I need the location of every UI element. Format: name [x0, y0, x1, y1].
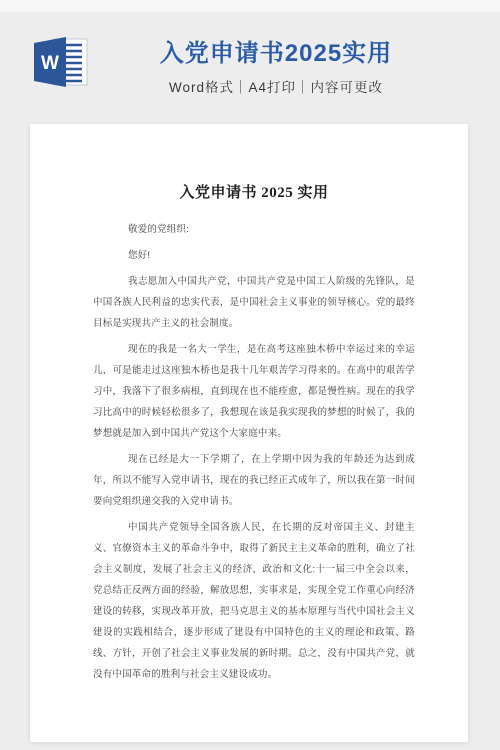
- doc-paragraph: 现在已经是大一下学期了，在上学期中因为我的年龄还为达到成年，所以不能写入党申请书…: [93, 449, 415, 512]
- doc-paragraph: 中国共产党领导全国各族人民，在长期的反对帝国主义、封建主义、官僚资本主义的革命斗…: [93, 517, 415, 685]
- doc-paragraph: 我志愿加入中国共产党，中国共产党是中国工人阶级的先锋队，是中国各族人民利益的忠实…: [93, 271, 415, 334]
- doc-paragraph: 敬爱的党组织:: [93, 219, 415, 240]
- page-title: 入党申请书2025实用: [52, 38, 500, 70]
- doc-paragraph: 您好!: [93, 245, 415, 266]
- page-subtitle: Word格式｜A4打印｜内容可更改: [52, 76, 500, 96]
- page-header: W 入党申请书2025实用 Word格式｜A4打印｜内容可更改: [0, 0, 500, 110]
- doc-paragraph: 现在的我是一名大一学生，是在高考这座独木桥中幸运过来的幸运儿，可是能走过这座独木…: [93, 339, 415, 444]
- header-text-block: 入党申请书2025实用 Word格式｜A4打印｜内容可更改: [0, 38, 500, 96]
- document-title: 入党申请书 2025 实用: [93, 181, 415, 202]
- document-body: 敬爱的党组织:您好!我志愿加入中国共产党，中国共产党是中国工人阶级的先锋队，是中…: [93, 219, 415, 685]
- document-page: 入党申请书 2025 实用 敬爱的党组织:您好!我志愿加入中国共产党，中国共产党…: [30, 124, 468, 742]
